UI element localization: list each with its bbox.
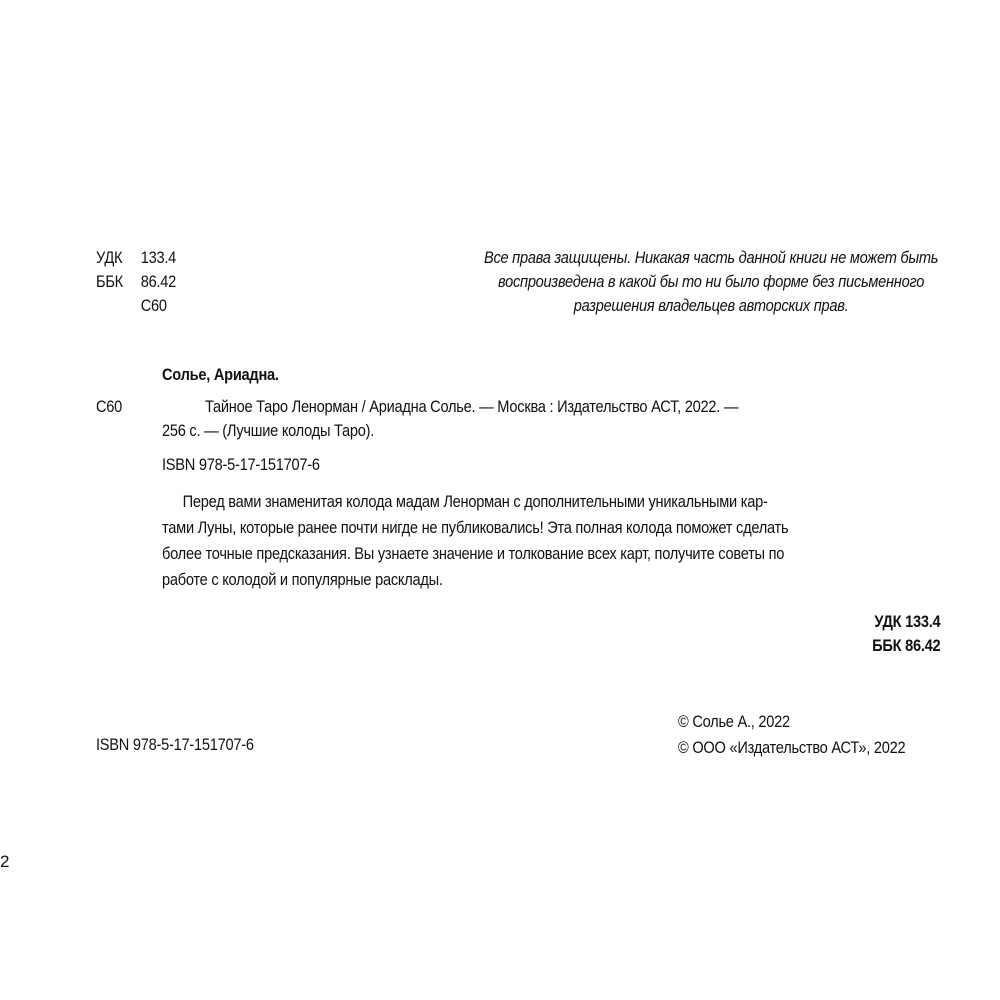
rights-line: воспроизведена в какой бы то ни было фор… [484,270,938,294]
bbk-value: 86.42 [141,270,176,294]
footer-isbn: ISBN 978-5-17-151707-6 [96,735,254,755]
bottom-udk: УДК 133.4 [872,610,940,634]
bbk-label: ББК [96,270,141,294]
udk-row: УДК133.4 [96,246,176,270]
page-number: 2 [0,852,9,872]
udk-label: УДК [96,246,141,270]
title-text: Тайное Таро Ленорман / Ариадна Солье. — … [205,397,738,416]
annotation-line: тами Луны, которые ранее почти нигде не … [162,515,788,541]
annotation-line: более точные предсказания. Вы узнаете зн… [162,541,788,567]
copyright-publisher: © ООО «Издательство АСТ», 2022 [678,735,905,761]
rights-line: Все права защищены. Никакая часть данной… [484,246,938,270]
udk-value: 133.4 [141,246,176,270]
bbk-row: ББК86.42 [96,270,176,294]
rights-notice: Все права защищены. Никакая часть данной… [484,246,938,318]
title-line-2: 256 с. — (Лучшие колоды Таро). [162,421,374,441]
copyright-author: © Солье А., 2022 [678,709,905,735]
isbn: ISBN 978-5-17-151707-6 [162,455,320,475]
annotation-line: работе с колодой и популярные расклады. [162,567,788,593]
copyright-block: © Солье А., 2022 © ООО «Издательство АСТ… [678,709,905,761]
annotation: Перед вами знаменитая колода мадам Ленор… [162,489,788,593]
title-line-1: Тайное Таро Ленорман / Ариадна Солье. — … [162,397,738,417]
bottom-classification: УДК 133.4 ББК 86.42 [872,610,940,658]
author-mark-row: С60 [96,294,176,318]
classification-block: УДК133.4 ББК86.42 С60 [96,246,176,318]
author-code: С60 [96,397,122,417]
rights-line: разрешения владельцев авторских прав. [484,294,938,318]
author-heading: Солье, Ариадна. [162,365,279,385]
annotation-line: Перед вами знаменитая колода мадам Ленор… [162,489,788,515]
bottom-bbk: ББК 86.42 [872,634,940,658]
author-mark: С60 [141,294,167,318]
